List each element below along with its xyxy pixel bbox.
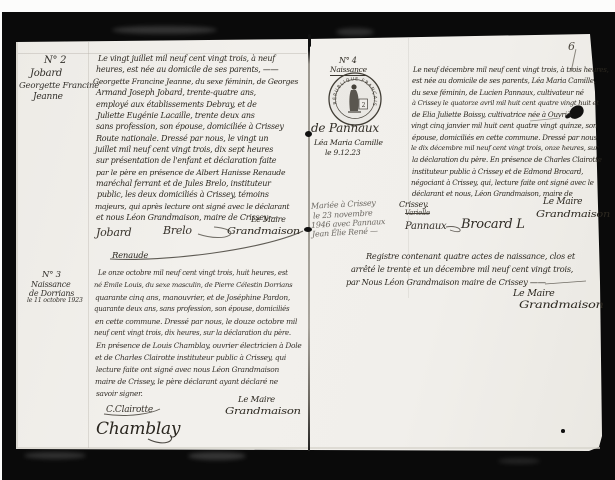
act4-margin-name: de Pannaux — [311, 122, 379, 134]
act4-line: épouse, domiciliés en cette commune. Dre… — [412, 134, 597, 141]
act2-line: Route nationale. Dressé par nous, le vin… — [96, 135, 268, 143]
act2-line: Georgette Francine Jeanne, du sexe fémin… — [93, 78, 298, 86]
act2-line: par le père en présence de Albert Haniss… — [96, 169, 285, 177]
scan-smudge — [24, 452, 86, 459]
act4-line: vingt cinq janvier mil huit cent quatre … — [411, 122, 597, 129]
act2-line: employé aux établissements Debray, et de — [96, 101, 257, 109]
act4-line: du sexe féminin, de Lucien Pannaux, cult… — [412, 89, 584, 96]
seal-tablet-number: 2 — [362, 102, 366, 109]
act2-line: Juliette Eugénie Lacaille, trente deux a… — [97, 112, 255, 120]
scan-smudge — [112, 26, 217, 34]
act3-line: et de Charles Clairotte instituteur publ… — [95, 354, 286, 361]
act3-line: maire de Crissey, le père déclarant ayan… — [95, 378, 278, 385]
closing-mayor-title: Le Maire — [513, 289, 555, 299]
act2-mayor-title: Le Maire — [251, 216, 286, 224]
act2-signature-renaude: Renaude — [112, 252, 148, 261]
scan-smudge — [336, 28, 374, 36]
act3-line: en cette commune. Dressé par nous, le do… — [95, 318, 297, 325]
seam-ink-mark — [308, 34, 311, 47]
closing-line: Registre contenant quatre actes de naiss… — [366, 252, 575, 260]
act2-line: sans profession, son épouse, domiciliée … — [96, 123, 284, 131]
act3-margin-date: le 11 octobre 1923 — [27, 298, 83, 304]
scan-smudge — [188, 452, 246, 460]
scan-smudge — [498, 458, 540, 464]
act3-line: Le onze octobre mil neuf cent vingt troi… — [98, 270, 288, 277]
act3-line: quarante deux ans, sans profession, son … — [94, 306, 289, 313]
act4-line: instituteur public à Crissey et de Edmon… — [412, 168, 583, 175]
act4-line: de Elia Juliette Boissy, cultivatrice né… — [412, 111, 581, 118]
act4-margin-date: le 9.12.23 — [325, 149, 360, 157]
act4-line: est née au domicile de ses parents, Léa … — [412, 77, 596, 84]
act2-line: public, les deux domiciliés à Crissey, t… — [97, 191, 269, 199]
act2-signature-witness: Brelo — [163, 225, 192, 236]
act4-line: Crissey. — [399, 201, 428, 209]
ink-speck — [561, 429, 565, 433]
act3-line: lecture faite ont signé avec nous Léon G… — [96, 366, 279, 373]
act3-signature-chamblay: Chamblay — [96, 421, 180, 438]
act4-signature-brocard: Brocard L — [461, 218, 525, 231]
act2-margin-firstname2: Jeanne — [33, 93, 63, 102]
act3-line: neuf cent vingt trois, dix heures, sur l… — [94, 330, 291, 337]
closing-line: par Nous Léon Grandmaison maire de Criss… — [346, 278, 546, 286]
page-left-edge — [16, 42, 18, 448]
act2-margin-name: Jobard — [30, 69, 62, 79]
act2-line: heures, est née au domicile de ses paren… — [96, 66, 278, 74]
act2-signature-jobard: Jobard — [96, 227, 131, 238]
act3-line: En présence de Louis Chamblay, ouvrier é… — [96, 342, 302, 349]
act4-line: à Crissey le quatorze avril mil huit cen… — [412, 100, 599, 107]
act3-margin-number: N° 3 — [42, 271, 61, 280]
act2-margin-number: N° 2 — [44, 56, 66, 66]
closing-line: arrêté le trente et un décembre mil neuf… — [351, 265, 573, 273]
act4-signature-small: Varielle — [405, 210, 430, 217]
act4-line: Le neuf décembre mil neuf cent vingt tro… — [413, 66, 609, 73]
act3-line: né Émile Louis, du sexe masculin, de Pie… — [94, 282, 292, 289]
act3-signature-clairotte: C.Clairotte — [106, 406, 153, 415]
act2-line: maréchal ferrant et de Jules Brelo, inst… — [96, 180, 271, 188]
act2-margin-firstnames: Georgette Francine — [19, 82, 99, 91]
act4-mayor-title: Le Maire — [543, 198, 582, 207]
act2-signature-mayor: Grandmaison — [227, 228, 300, 237]
act4-margin-firstnames: Léa Maria Camille — [314, 139, 383, 147]
act2-line: majeurs, qui après lecture ont signé ave… — [95, 203, 289, 211]
left-page-margin-rule — [88, 42, 89, 448]
act2-line: juillet mil neuf cent vingt trois, dix s… — [95, 146, 273, 154]
act4-line: le dix décembre mil neuf cent vingt troi… — [411, 145, 598, 152]
seal-marianne-figure — [349, 90, 358, 111]
act3-signature-mayor: Grandmaison — [225, 408, 301, 417]
closing-signature-mayor: Grandmaison — [519, 301, 604, 311]
act3-mayor-title: Le Maire — [238, 396, 275, 405]
folio-number: 6 — [568, 41, 575, 52]
act2-line: Le vingt juillet mil neuf cent vingt tro… — [98, 55, 275, 63]
act2-line: sur présentation de l'enfant et déclarat… — [96, 157, 276, 165]
register-scan-viewer: 6 N° 2 Jobard Georgette Francine Jeanne … — [0, 0, 615, 480]
act2-line: Armand Joseph Jobard, trente-quatre ans, — [96, 89, 256, 97]
act4-margin-number: N° 4 — [339, 57, 357, 65]
act4-signature-pannaux: Pannaux — [405, 222, 446, 232]
act3-line: savoir signer. — [96, 390, 143, 397]
act4-signature-mayor: Grandmaison — [536, 210, 610, 220]
act4-line: la déclaration du père. En présence de C… — [412, 156, 602, 163]
page-fold-seam — [308, 40, 310, 451]
act3-margin-title: Naissance — [31, 281, 70, 289]
act4-line: négociant à Crissey, qui, lecture faite … — [411, 179, 594, 186]
act3-line: quarante cinq ans, manouvrier, et de Jos… — [95, 294, 290, 301]
